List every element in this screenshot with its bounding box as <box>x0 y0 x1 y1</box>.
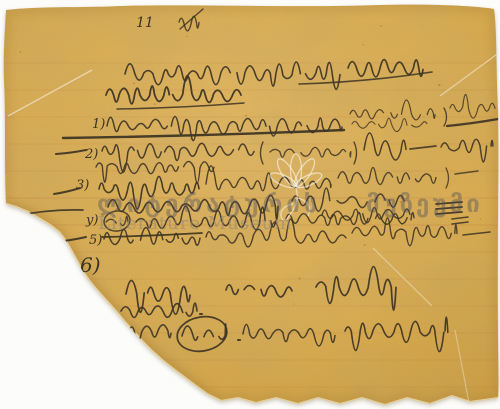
paper-speck <box>480 218 481 219</box>
paper-speck <box>293 303 295 305</box>
paper-speck <box>438 84 440 86</box>
paper-speck <box>154 103 156 105</box>
watermark-text-latin: Literature Museum <box>98 213 292 234</box>
paper-speck <box>245 115 247 117</box>
paper-speck <box>269 274 270 275</box>
list-marker: 5) <box>89 233 102 248</box>
paper-speck <box>20 51 22 53</box>
list-marker: 3) <box>76 178 89 193</box>
paper-speck <box>299 278 301 280</box>
paper-speck <box>363 44 364 45</box>
paper-speck <box>133 82 135 84</box>
paper-speck <box>364 244 366 246</box>
paper-speck <box>186 36 187 37</box>
page-number: 11 <box>136 15 154 31</box>
list-marker: 6) <box>80 253 101 277</box>
paper-speck <box>380 25 382 27</box>
manuscript-scan: 11 1)2)3)y)5)6) ლიტერატურის მუზეუმი Lite… <box>0 0 500 409</box>
list-marker: 2) <box>84 147 98 162</box>
manuscript-photo: 11 1)2)3)y)5)6) ლიტერატურის მუზეუმი Lite… <box>0 0 500 409</box>
watermark-text-georgian-right: მუზეუმი <box>366 190 483 218</box>
list-marker: 1) <box>92 117 105 132</box>
